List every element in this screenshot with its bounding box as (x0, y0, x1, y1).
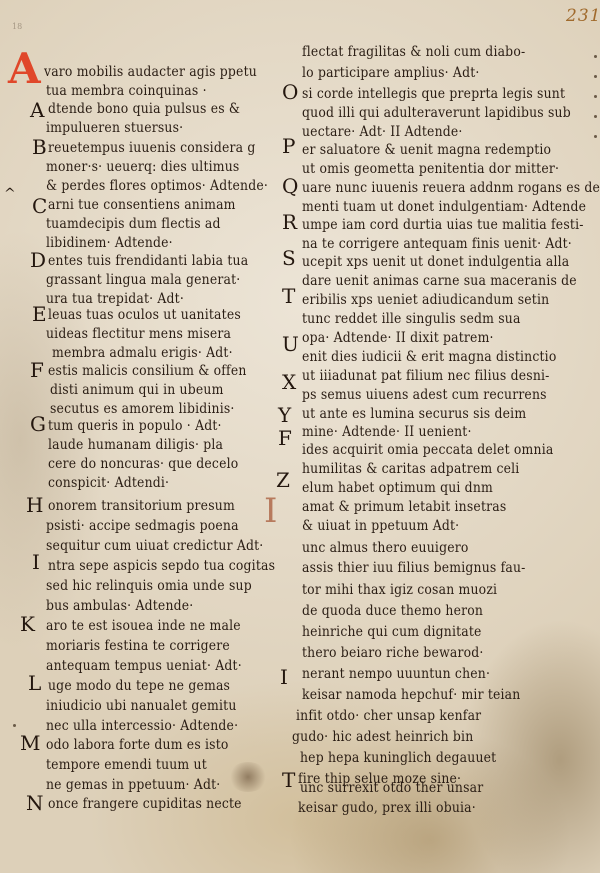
red-initial-a: A (8, 48, 41, 90)
text-line: bus ambulas· Adtende· (46, 598, 193, 614)
text-line: menti tuam ut donet indulgentiam· Adtend… (302, 199, 586, 215)
initial-letter: H (26, 495, 43, 515)
text-line: odo labora forte dum es isto (46, 737, 229, 753)
text-line: uge modo du tepe ne gemas (48, 678, 230, 694)
initial-letter: U (282, 334, 299, 354)
text-line: enit dies iudicii & erit magna distincti… (302, 349, 556, 365)
text-line: conspicit· Adtendi· (48, 475, 169, 491)
text-line: libidinem· Adtende· (46, 235, 173, 251)
text-line: reuetempus iuuenis considera g (48, 140, 255, 156)
text-line: aro te est isouea inde ne male (46, 618, 241, 634)
text-line: membra admalu erigis· Adt· (52, 345, 233, 361)
initial-letter: Y (278, 405, 291, 425)
text-line: lo participare amplius· Adt· (302, 65, 480, 81)
text-line: laude humanam diligis· pla (48, 437, 223, 453)
text-line: er saluatore & uenit magna redemptio (302, 142, 551, 158)
text-line: flectat fragilitas & noli cum diabo- (302, 44, 525, 60)
text-line: ura tua trepidat· Adt· (46, 291, 184, 307)
poem-line: unc surrexit otdo ther unsar (300, 780, 483, 796)
text-line: entes tuis frendidanti labia tua (48, 253, 248, 269)
text-line: tuamdecipis dum flectis ad (46, 216, 221, 232)
text-line: varo mobilis audacter agis ppetu (44, 64, 257, 80)
poem-line: de quoda duce themo heron (302, 603, 483, 619)
text-line: sequitur cum uiuat credictur Adt· (46, 538, 263, 554)
poem-line: heinriche qui cum dignitate (302, 624, 482, 640)
text-line: na te corrigere antequam finis uenit· Ad… (302, 236, 572, 252)
poem-line: unc almus thero euuigero (302, 540, 469, 556)
initial-letter: C (32, 196, 47, 216)
initial-letter: Z (276, 470, 290, 490)
text-line: estis malicis consilium & offen (48, 363, 247, 379)
initial-letter: R (282, 212, 297, 232)
initial-letter: L (28, 673, 41, 693)
initial-letter: P (282, 136, 295, 156)
decorated-initial: I (264, 494, 277, 528)
poem-line: tor mihi thax igiz cosan muozi (302, 582, 497, 598)
initial-letter: K (20, 614, 35, 634)
ink-dot (594, 55, 597, 58)
manuscript-page: 18 231 A varo mobilis audacter agis ppet… (0, 0, 600, 873)
initial-letter: Q (282, 176, 298, 196)
text-line: ides acquirit omia peccata delet omnia (302, 442, 553, 458)
text-line: amat & primum letabit insetras (302, 499, 506, 515)
text-line: impulueren stuersus· (46, 120, 183, 136)
text-line: uectare· Adt· II Adtende· (302, 124, 463, 140)
text-line: ut omis geometta penitentia dor mitter· (302, 161, 559, 177)
text-line: ucepit xps uenit ut donet indulgentia al… (302, 254, 569, 270)
text-line: tua membra coinquinas · (46, 83, 207, 99)
initial-letter: T (282, 286, 295, 306)
text-line: tempore emendi tuum ut (46, 757, 207, 773)
initial-letter: F (30, 360, 44, 380)
text-line: ntra sepe aspicis sepdo tua cogitas (48, 558, 275, 574)
text-line: & uiuat in ppetuum Adt· (302, 518, 459, 534)
text-line: umpe iam cord durtia uias tue malitia fe… (302, 217, 584, 233)
text-line: ut iiiadunat pat filium nec filius desni… (302, 368, 550, 384)
initial-letter: O (282, 82, 298, 102)
margin-mark: ^ (4, 186, 16, 202)
text-line: antequam tempus ueniat· Adt· (46, 658, 242, 674)
text-line: disti animum qui in ubeum (50, 382, 224, 398)
folio-number: 231 (566, 6, 600, 26)
ink-dot (594, 75, 597, 78)
text-line: onorem transitorium presum (48, 498, 235, 514)
text-line: opa· Adtende· II dixit patrem· (302, 330, 494, 346)
text-line: mine· Adtende· II uenient· (302, 424, 472, 440)
initial-letter: D (30, 250, 46, 270)
poem-line: keisar gudo, prex illi obuia· (298, 800, 476, 816)
text-line: leuas tuas oculos ut uanitates (48, 307, 241, 323)
ink-dot (594, 135, 597, 138)
ink-smudge (228, 762, 268, 792)
initial-letter: B (32, 137, 47, 157)
text-line: uideas flectitur mens misera (46, 326, 231, 342)
text-line: once frangere cupiditas necte (48, 796, 242, 812)
text-line: tum queris in populo · Adt· (48, 418, 222, 434)
text-line: si corde intellegis que preprta legis su… (302, 86, 565, 102)
poem-line: keisar namoda hepchuf· mir teian (302, 687, 520, 703)
text-line: dare uenit animas carne sua maceranis de (302, 273, 577, 289)
quire-mark: 18 (12, 22, 22, 31)
text-line: cere do noncuras· que decelo (48, 456, 238, 472)
initial-letter: N (26, 793, 44, 813)
poem-line: nerant nempo uuuntun chen· (302, 666, 490, 682)
text-line: iniudicio ubi nanualet gemitu (46, 698, 237, 714)
poem-line: assis thier iuu filius bemignus fau- (302, 560, 526, 576)
text-line: tunc reddet ille singulis sedm sua (302, 311, 521, 327)
initial-letter: E (32, 304, 47, 324)
text-line: sed hic relinquis omia unde sup (46, 578, 252, 594)
initial-letter: G (30, 414, 46, 434)
text-line: dtende bono quia pulsus es & (48, 101, 240, 117)
text-line: & perdes flores optimos· Adtende· (46, 178, 268, 194)
initial-letter: T (282, 770, 295, 790)
text-line: moriaris festina te corrigere (46, 638, 230, 654)
text-line: psisti· accipe sedmagis poena (46, 518, 239, 534)
initial-letter: S (282, 248, 296, 268)
text-line: grassant lingua mala generat· (46, 272, 240, 288)
poem-line: hep hepa kuninglich degauuet (300, 750, 496, 766)
text-line: ps semus uiuens adest cum recurrens (302, 387, 547, 403)
text-line: ut ante es lumina securus sis deim (302, 406, 526, 422)
text-line: eribilis xps ueniet adiudicandum setin (302, 292, 549, 308)
poem-line: infit otdo· cher unsap kenfar (296, 708, 481, 724)
initial-letter: X (282, 372, 296, 392)
text-line: arni tue consentiens animam (48, 197, 236, 213)
poem-line: thero beiaro riche bewarod· (302, 645, 484, 661)
text-line: nec ulla intercessio· Adtende· (46, 718, 238, 734)
text-line: quod illi qui adulteraverunt lapidibus s… (302, 105, 571, 121)
ink-dot (594, 115, 597, 118)
text-line: moner·s· ueuerq: dies ultimus (46, 159, 240, 175)
initial-letter: F (278, 428, 292, 448)
ink-dot (594, 95, 597, 98)
text-line: humilitas & caritas adpatrem celi (302, 461, 519, 477)
initial-letter: I (32, 552, 40, 572)
text-line: uare nunc iuuenis reuera addnm rogans es… (302, 180, 600, 196)
initial-letter: A (30, 100, 44, 120)
initial-letter: I (280, 667, 288, 687)
text-line: elum habet optimum qui dnm (302, 480, 493, 496)
text-line: secutus es amorem libidinis· (50, 401, 235, 417)
ink-dot (13, 724, 16, 727)
initial-letter: M (20, 733, 40, 753)
text-line: ne gemas in ppetuum· Adt· (46, 777, 220, 793)
poem-line: gudo· hic adest heinrich bin (292, 729, 473, 745)
